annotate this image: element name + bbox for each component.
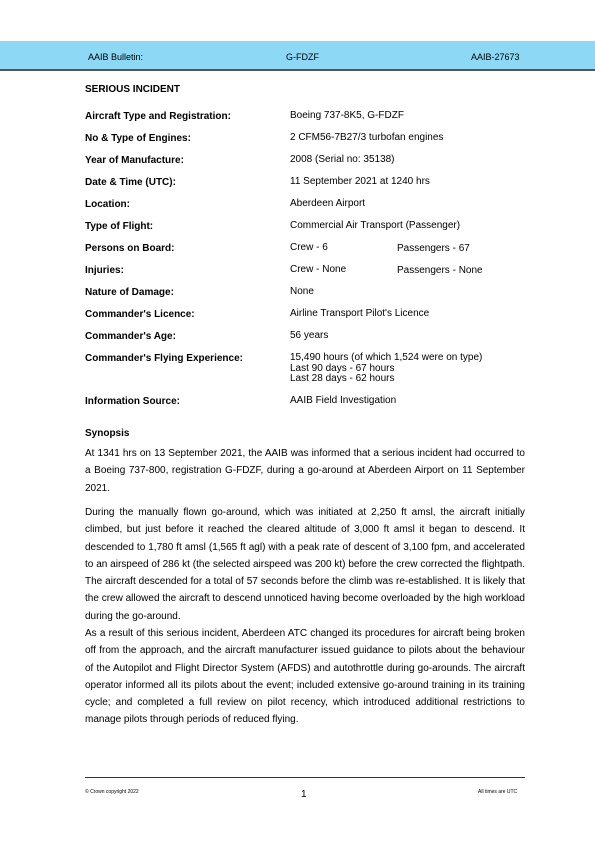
field-value: Aberdeen Airport [290, 199, 365, 210]
field-label: Aircraft Type and Registration: [85, 111, 231, 122]
footer-divider [85, 777, 525, 778]
field-value: Commercial Air Transport (Passenger) [290, 221, 460, 232]
field-value: Airline Transport Pilot's Licence [290, 309, 429, 320]
synopsis-heading: Synopsis [85, 428, 129, 439]
copyright: © Crown copyright 2022 [85, 789, 139, 795]
field-label: Commander's Flying Experience: [85, 353, 243, 364]
field-label: No & Type of Engines: [85, 133, 191, 144]
field-label: Type of Flight: [85, 221, 153, 232]
page-title: SERIOUS INCIDENT [85, 84, 180, 95]
field-value-secondary: Passengers - None [397, 265, 483, 276]
page-number: 1 [301, 789, 307, 800]
field-label: Persons on Board: [85, 243, 174, 254]
bulletin-number: AAIB-27673 [471, 52, 520, 62]
running-header: AAIB Bulletin: G-FDZF AAIB-27673 [0, 41, 595, 71]
field-label: Injuries: [85, 265, 124, 276]
field-value: 2008 (Serial no: 35138) [290, 155, 395, 166]
field-label: Information Source: [85, 396, 180, 407]
registration: G-FDZF [286, 52, 319, 62]
experience-28-days: Last 28 days - 62 hours [290, 374, 482, 385]
field-label: Location: [85, 199, 130, 210]
times-note: All times are UTC [478, 789, 517, 795]
field-value: 15,490 hours (of which 1,524 were on typ… [290, 353, 482, 385]
field-value: AAIB Field Investigation [290, 396, 396, 407]
field-label: Date & Time (UTC): [85, 177, 176, 188]
bulletin-label: AAIB Bulletin: [88, 52, 143, 62]
field-label: Year of Manufacture: [85, 155, 184, 166]
synopsis-paragraph-3: As a result of this serious incident, Ab… [85, 625, 525, 729]
field-label: Commander's Licence: [85, 309, 195, 320]
field-label: Commander's Age: [85, 331, 176, 342]
field-value: Crew - 6 [290, 243, 328, 254]
field-label: Nature of Damage: [85, 287, 174, 298]
field-value: None [290, 287, 314, 298]
field-value: 11 September 2021 at 1240 hrs [290, 177, 430, 188]
field-value: Boeing 737-8K5, G-FDZF [290, 111, 404, 122]
field-value: 2 CFM56-7B27/3 turbofan engines [290, 133, 443, 144]
experience-total: 15,490 hours (of which 1,524 were on typ… [290, 353, 482, 364]
field-value: Crew - None [290, 265, 346, 276]
synopsis-paragraph-1: At 1341 hrs on 13 September 2021, the AA… [85, 445, 525, 497]
field-value-secondary: Passengers - 67 [397, 243, 470, 254]
synopsis-paragraph-2: During the manually flown go-around, whi… [85, 504, 525, 625]
field-value: 56 years [290, 331, 328, 342]
